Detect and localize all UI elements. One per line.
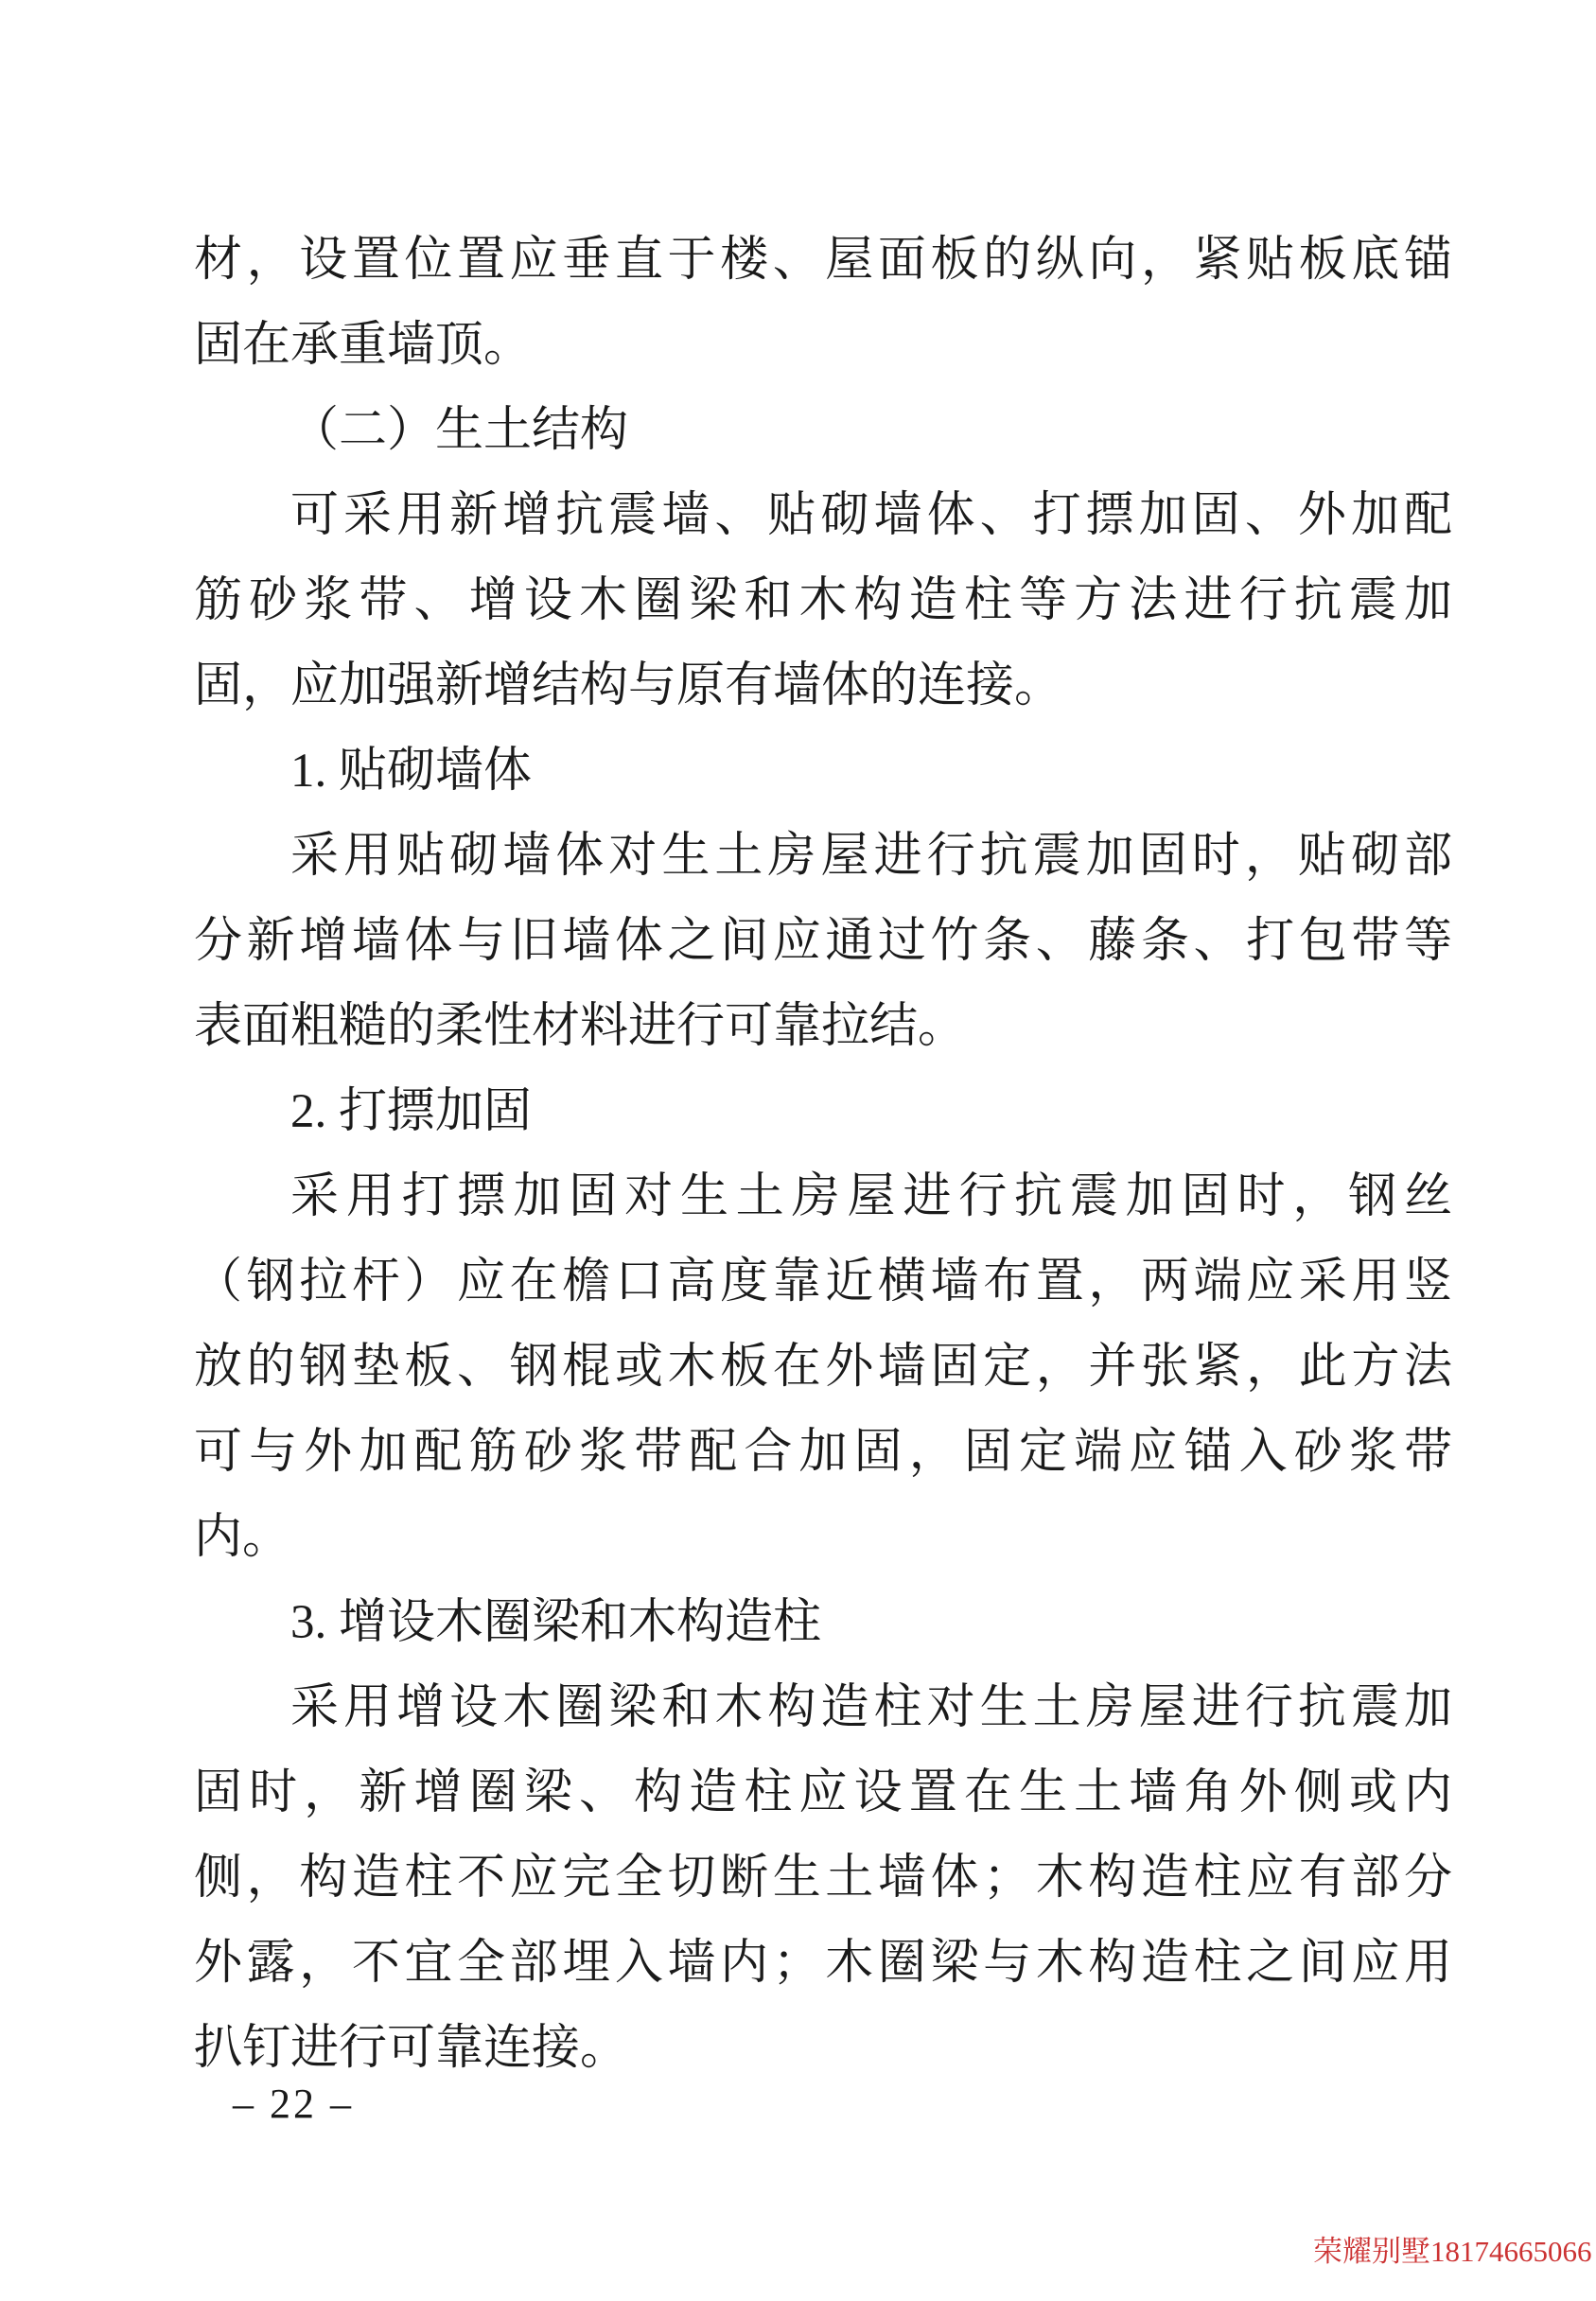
subsection-heading: 2. 打摽加固 [194,1069,1452,1154]
text-line: 放的钢垫板、钢棍或木板在外墙固定，并张紧，此方法 [194,1325,1452,1410]
document-page: 材，设置位置应垂直于楼、屋面板的纵向，紧贴板底锚 固在承重墙顶。 （二）生土结构… [0,0,1596,2301]
text-line: 采用贴砌墙体对生土房屋进行抗震加固时，贴砌部 [194,814,1452,899]
page-number: – 22 – [233,2080,354,2129]
text-line: 固时，新增圈梁、构造柱应设置在生土墙角外侧或内 [194,1750,1452,1836]
text-line: 内。 [194,1495,1452,1580]
text-line: 固，应加强新增结构与原有墙体的连接。 [194,643,1452,729]
text-line: 分新增墙体与旧墙体之间应通过竹条、藤条、打包带等 [194,899,1452,984]
text-line: （钢拉杆）应在檐口高度靠近横墙布置，两端应采用竖 [194,1239,1452,1325]
text-line: 材，设置位置应垂直于楼、屋面板的纵向，紧贴板底锚 [194,218,1452,303]
section-heading: （二）生土结构 [194,388,1452,473]
text-line: 侧，构造柱不应完全切断生土墙体；木构造柱应有部分 [194,1836,1452,1921]
text-line: 筋砂浆带、增设木圈梁和木构造柱等方法进行抗震加 [194,558,1452,643]
text-line: 可与外加配筋砂浆带配合加固，固定端应锚入砂浆带 [194,1410,1452,1495]
text-line: 外露，不宜全部埋入墙内；木圈梁与木构造柱之间应用 [194,1921,1452,2006]
text-line: 表面粗糙的柔性材料进行可靠拉结。 [194,984,1452,1069]
subsection-heading: 1. 贴砌墙体 [194,729,1452,814]
text-line: 扒钉进行可靠连接。 [194,2006,1452,2091]
text-line: 固在承重墙顶。 [194,303,1452,388]
watermark: 荣耀别墅18174665066 [1313,2235,1592,2269]
subsection-heading: 3. 增设木圈梁和木构造柱 [194,1580,1452,1665]
text-line: 可采用新增抗震墙、贴砌墙体、打摽加固、外加配 [194,473,1452,558]
document-body: 材，设置位置应垂直于楼、屋面板的纵向，紧贴板底锚 固在承重墙顶。 （二）生土结构… [194,218,1452,2091]
text-line: 采用打摽加固对生土房屋进行抗震加固时，钢丝 [194,1154,1452,1239]
text-line: 采用增设木圈梁和木构造柱对生土房屋进行抗震加 [194,1665,1452,1750]
